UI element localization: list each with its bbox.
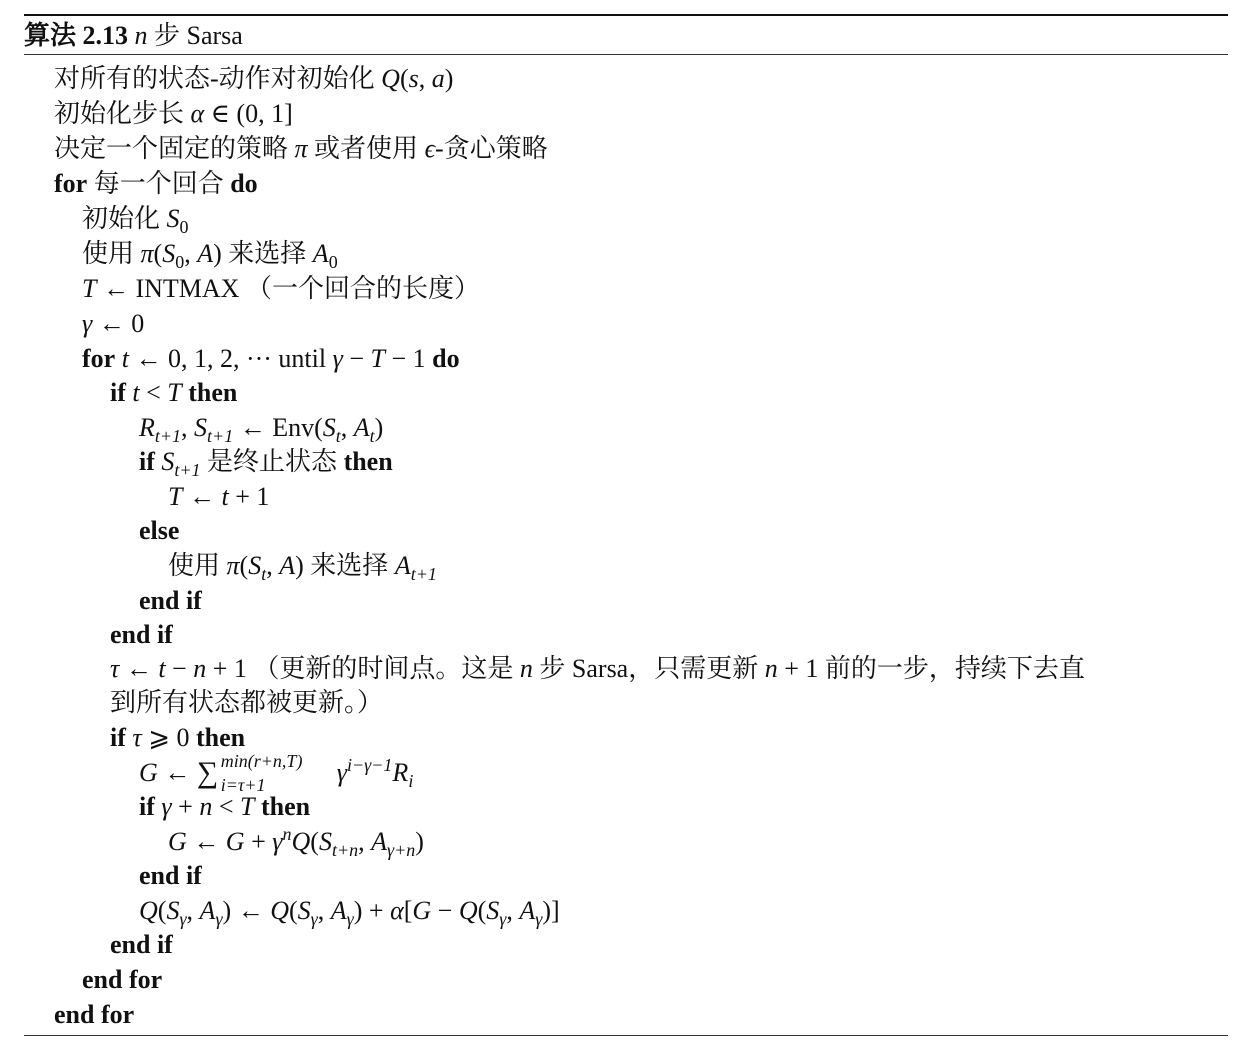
algo-line-25: Q(Sγ, Aγ) ← Q(Sγ, Aγ) + α[G − Q(Sγ, Aγ)] xyxy=(139,894,560,928)
algo-line-9: for t ← 0, 1, 2, ··· until γ − T − 1 do xyxy=(82,342,460,376)
algo-line-3: 决定一个固定的策略 π 或者使用 ϵ-贪心策略 xyxy=(54,132,548,166)
bottom-rule xyxy=(24,1035,1228,1036)
algo-line-19: 到所有状态都被更新。） xyxy=(110,686,383,720)
algo-line-15: 使用 π(St, A) 来选择 At+1 xyxy=(168,549,437,583)
algorithm-caption: 算法 2.13 n 步 Sarsa xyxy=(24,19,243,53)
top-rule xyxy=(24,14,1228,16)
algo-line-10: if t < T then xyxy=(110,376,237,410)
algo-line-8: γ ← 0 xyxy=(82,307,144,341)
algo-line-21: G ← ∑min(r+n,T)i=τ+1γi−γ−1Ri xyxy=(139,756,413,790)
algo-line-13: T ← t + 1 xyxy=(168,480,269,514)
algo-line-11: Rt+1, St+1 ← Env(St, At) xyxy=(139,411,383,445)
algo-line-2: 初始化步长 α ∈ (0, 1] xyxy=(54,97,293,131)
algo-line-17: end if xyxy=(110,618,173,652)
algo-line-23: G ← G + γnQ(St+n, Aγ+n) xyxy=(168,825,424,859)
algo-line-16: end if xyxy=(139,584,202,618)
algo-line-18: τ ← t − n + 1 （更新的时间点。这是 n 步 Sarsa，只需更新 … xyxy=(110,652,1085,686)
algo-line-4: for 每一个回合 do xyxy=(54,167,258,201)
algorithm-var: n xyxy=(135,21,148,50)
algo-line-22: if γ + n < T then xyxy=(139,790,310,824)
caption-rule xyxy=(24,54,1228,55)
algorithm-label: 算法 2.13 xyxy=(24,21,128,50)
algo-line-6: 使用 π(S0, A) 来选择 A0 xyxy=(82,237,338,271)
algo-line-24: end if xyxy=(139,859,202,893)
algo-line-28: end for xyxy=(54,998,134,1032)
algo-line-26: end if xyxy=(110,928,173,962)
algo-line-1: 对所有的状态-动作对初始化 Q(s, a) xyxy=(54,62,453,96)
algo-line-7: T ← INTMAX （一个回合的长度） xyxy=(82,272,480,306)
algo-line-27: end for xyxy=(82,963,162,997)
algorithm-title: 步 Sarsa xyxy=(148,21,243,50)
algo-line-14: else xyxy=(139,514,179,548)
algo-line-5: 初始化 S0 xyxy=(82,202,189,236)
summation: ∑min(r+n,T)i=τ+1 xyxy=(197,756,337,790)
algo-line-12: if St+1 是终止状态 then xyxy=(139,445,393,479)
